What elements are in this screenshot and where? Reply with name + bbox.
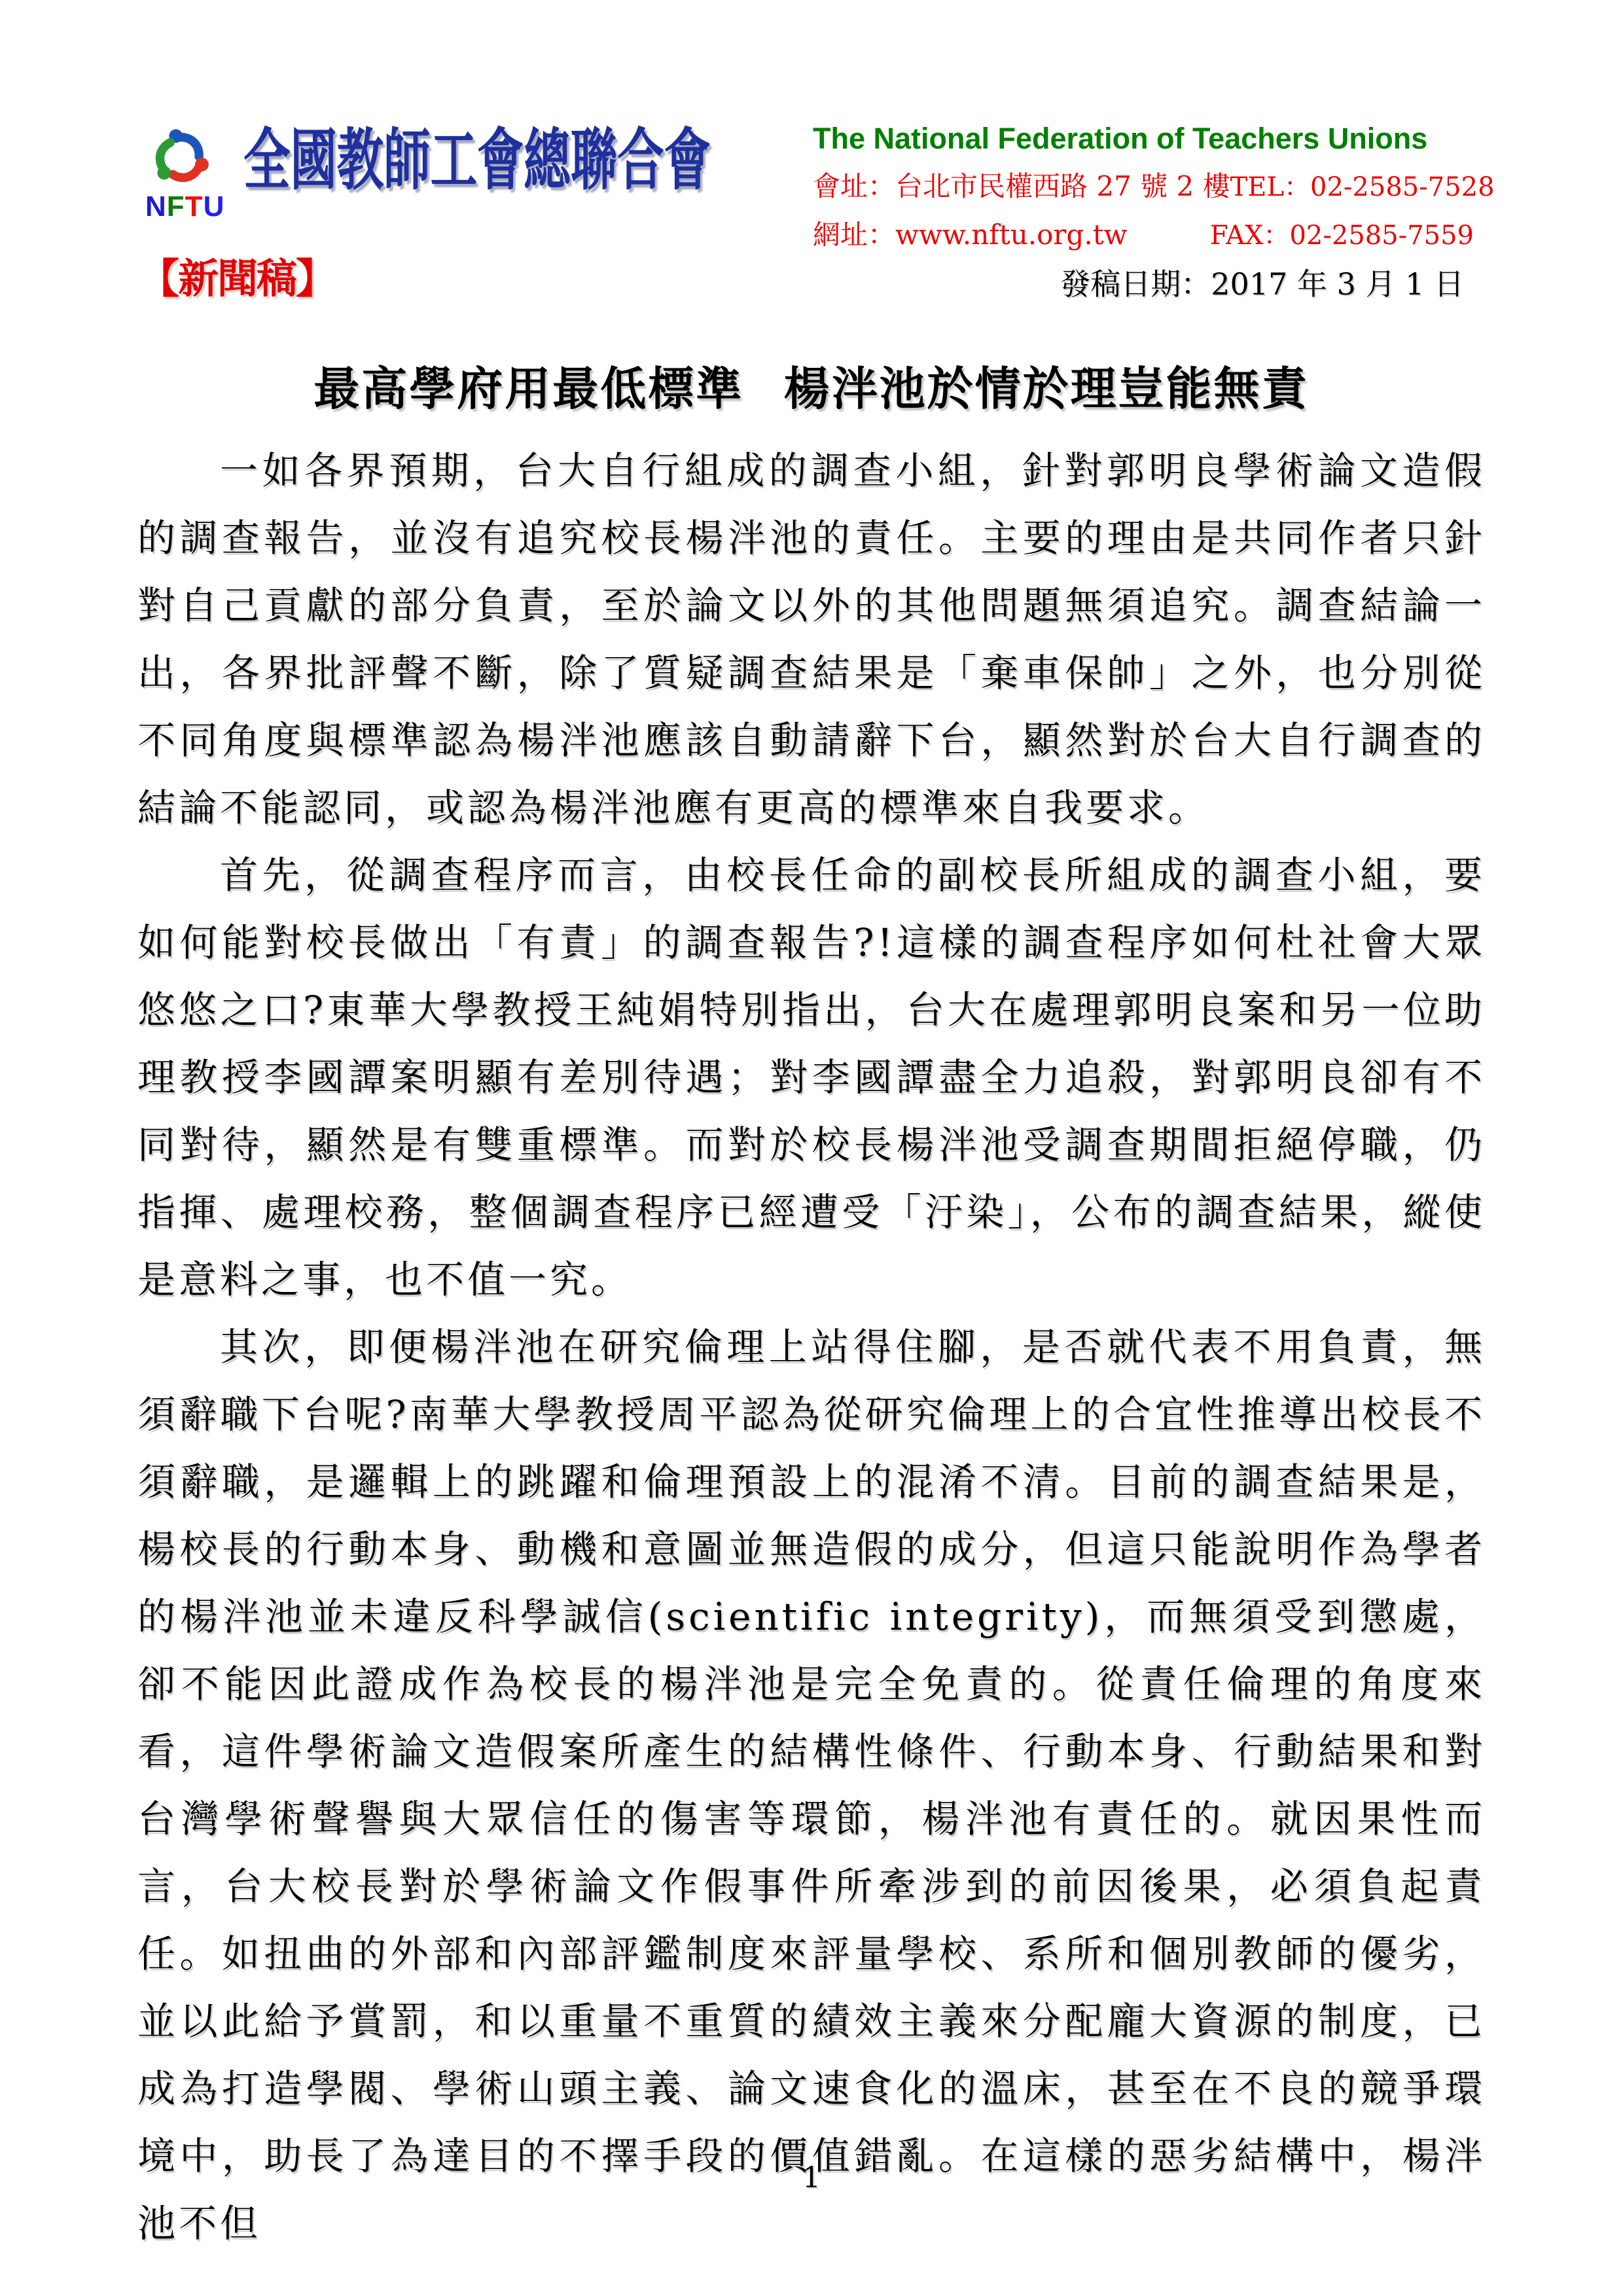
contact-row-1: 會址：台北市民權西路 27 號 2 樓 TEL：02-2585-7528	[813, 165, 1474, 204]
body-paragraph: 首先，從調查程序而言，由校長任命的副校長所組成的調查小組，要如何能對校長做出「有…	[137, 842, 1486, 1314]
nftu-letter: T	[185, 190, 204, 223]
logo-figure-red	[173, 149, 211, 188]
article-body: 一如各界預期，台大自行組成的調查小組，針對郭明良學術論文造假的調查報告，並沒有追…	[137, 437, 1486, 2257]
body-paragraph: 其次，即便楊泮池在研究倫理上站得住腳，是否就代表不用負責，無須辭職下台呢?南華大…	[137, 1314, 1486, 2257]
fax-line: FAX：02-2585-7559	[1210, 215, 1474, 252]
article-title: 最高學府用最低標準 楊泮池於情於理豈能無責	[0, 352, 1623, 418]
brand-title-zh: 全國教師工會總聯合會	[243, 126, 711, 196]
publish-date: 發稿日期：2017 年 3 月 1 日	[1060, 260, 1464, 304]
press-release-page: NFTU 全國教師工會總聯合會 The National Federation …	[0, 0, 1623, 2296]
address-line: 會址：台北市民權西路 27 號 2 樓	[813, 165, 1230, 204]
org-name-en: The National Federation of Teachers Unio…	[813, 122, 1474, 156]
website-line: 網址：www.nftu.org.tw	[813, 213, 1128, 253]
nftu-letter: F	[167, 190, 185, 223]
nftu-letter: U	[204, 190, 225, 223]
org-contact-block: The National Federation of Teachers Unio…	[813, 122, 1474, 253]
nftu-logo-icon	[147, 119, 215, 194]
nftu-letter: N	[145, 190, 167, 223]
press-release-label: 【新聞稿】	[139, 246, 335, 304]
page-number: 1	[0, 2161, 1623, 2195]
contact-row-2: 網址：www.nftu.org.tw FAX：02-2585-7559	[813, 213, 1474, 253]
body-paragraph: 一如各界預期，台大自行組成的調查小組，針對郭明良學術論文造假的調查報告，並沒有追…	[137, 437, 1486, 842]
tel-line: TEL：02-2585-7528	[1230, 166, 1495, 204]
